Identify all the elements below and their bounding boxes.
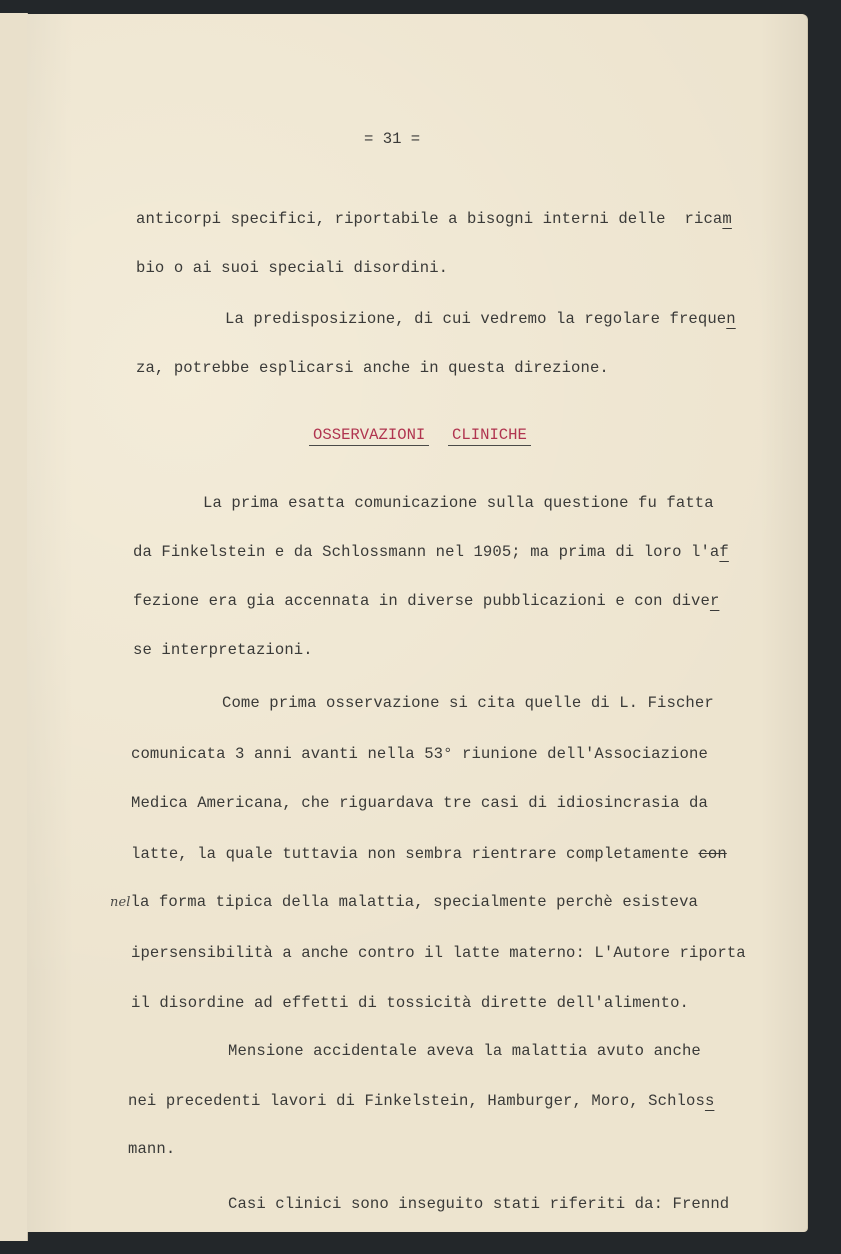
hyphen-underline-mark: n <box>726 310 735 328</box>
text-line-13: nella forma tipica della malattia, speci… <box>110 893 698 911</box>
text-line-6: da Finkelstein e da Schlossmann nel 1905… <box>133 543 729 561</box>
section-heading: OSSERVAZIONI CLINICHE <box>309 426 531 446</box>
text-segment: La predisposizione, di cui vedremo la re… <box>225 310 726 328</box>
facing-page-edge <box>0 13 28 1241</box>
text-line-11: Medica Americana, che riguardava tre cas… <box>131 794 708 812</box>
heading-word-2: CLINICHE <box>448 426 531 446</box>
text-segment: anticorpi specifici, riportabile a bisog… <box>136 210 722 228</box>
text-segment: da Finkelstein e da Schlossmann nel 1905… <box>133 543 719 561</box>
text-line-7: fezione era gia accennata in diverse pub… <box>133 592 719 610</box>
hyphen-underline-mark: m <box>722 210 731 228</box>
hyphen-underline-mark: r <box>710 592 719 610</box>
struck-out-word: con <box>698 845 726 863</box>
text-line-17: nei precedenti lavori di Finkelstein, Ha… <box>128 1092 714 1110</box>
text-line-19: Casi clinici sono inseguito stati riferi… <box>228 1195 729 1213</box>
text-line-10: comunicata 3 anni avanti nella 53° riuni… <box>131 745 708 763</box>
document-page: = 31 = anticorpi specifici, riportabile … <box>27 14 807 1232</box>
text-line-1: anticorpi specifici, riportabile a bisog… <box>136 210 732 228</box>
text-line-5: La prima esatta comunicazione sulla ques… <box>203 494 714 512</box>
text-segment: nei precedenti lavori di Finkelstein, Ha… <box>128 1092 705 1110</box>
text-line-15: il disordine ad effetti di tossicità dir… <box>131 994 689 1012</box>
hyphen-underline-mark: f <box>719 543 728 561</box>
text-segment: latte, la quale tuttavia non sembra rien… <box>131 845 698 863</box>
page-number: = 31 = <box>364 130 420 148</box>
text-line-8: se interpretazioni. <box>133 641 313 659</box>
text-segment: fezione era gia accennata in diverse pub… <box>133 592 710 610</box>
text-line-12: latte, la quale tuttavia non sembra rien… <box>131 845 727 863</box>
text-line-9: Come prima osservazione si cita quelle d… <box>222 694 714 712</box>
text-line-3: La predisposizione, di cui vedremo la re… <box>225 310 736 328</box>
text-line-2: bio o ai suoi speciali disordini. <box>136 259 448 277</box>
text-line-16: Mensione accidentale aveva la malattia a… <box>228 1042 701 1060</box>
handwritten-correction: nel <box>110 895 131 910</box>
text-line-14: ipersensibilità a anche contro il latte … <box>131 944 746 962</box>
hyphen-underline-mark: s <box>705 1092 714 1110</box>
text-line-18: mann. <box>128 1140 175 1158</box>
text-line-4: za, potrebbe esplicarsi anche in questa … <box>136 359 609 377</box>
text-segment: la forma tipica della malattia, specialm… <box>131 893 698 911</box>
heading-word-1: OSSERVAZIONI <box>309 426 429 446</box>
